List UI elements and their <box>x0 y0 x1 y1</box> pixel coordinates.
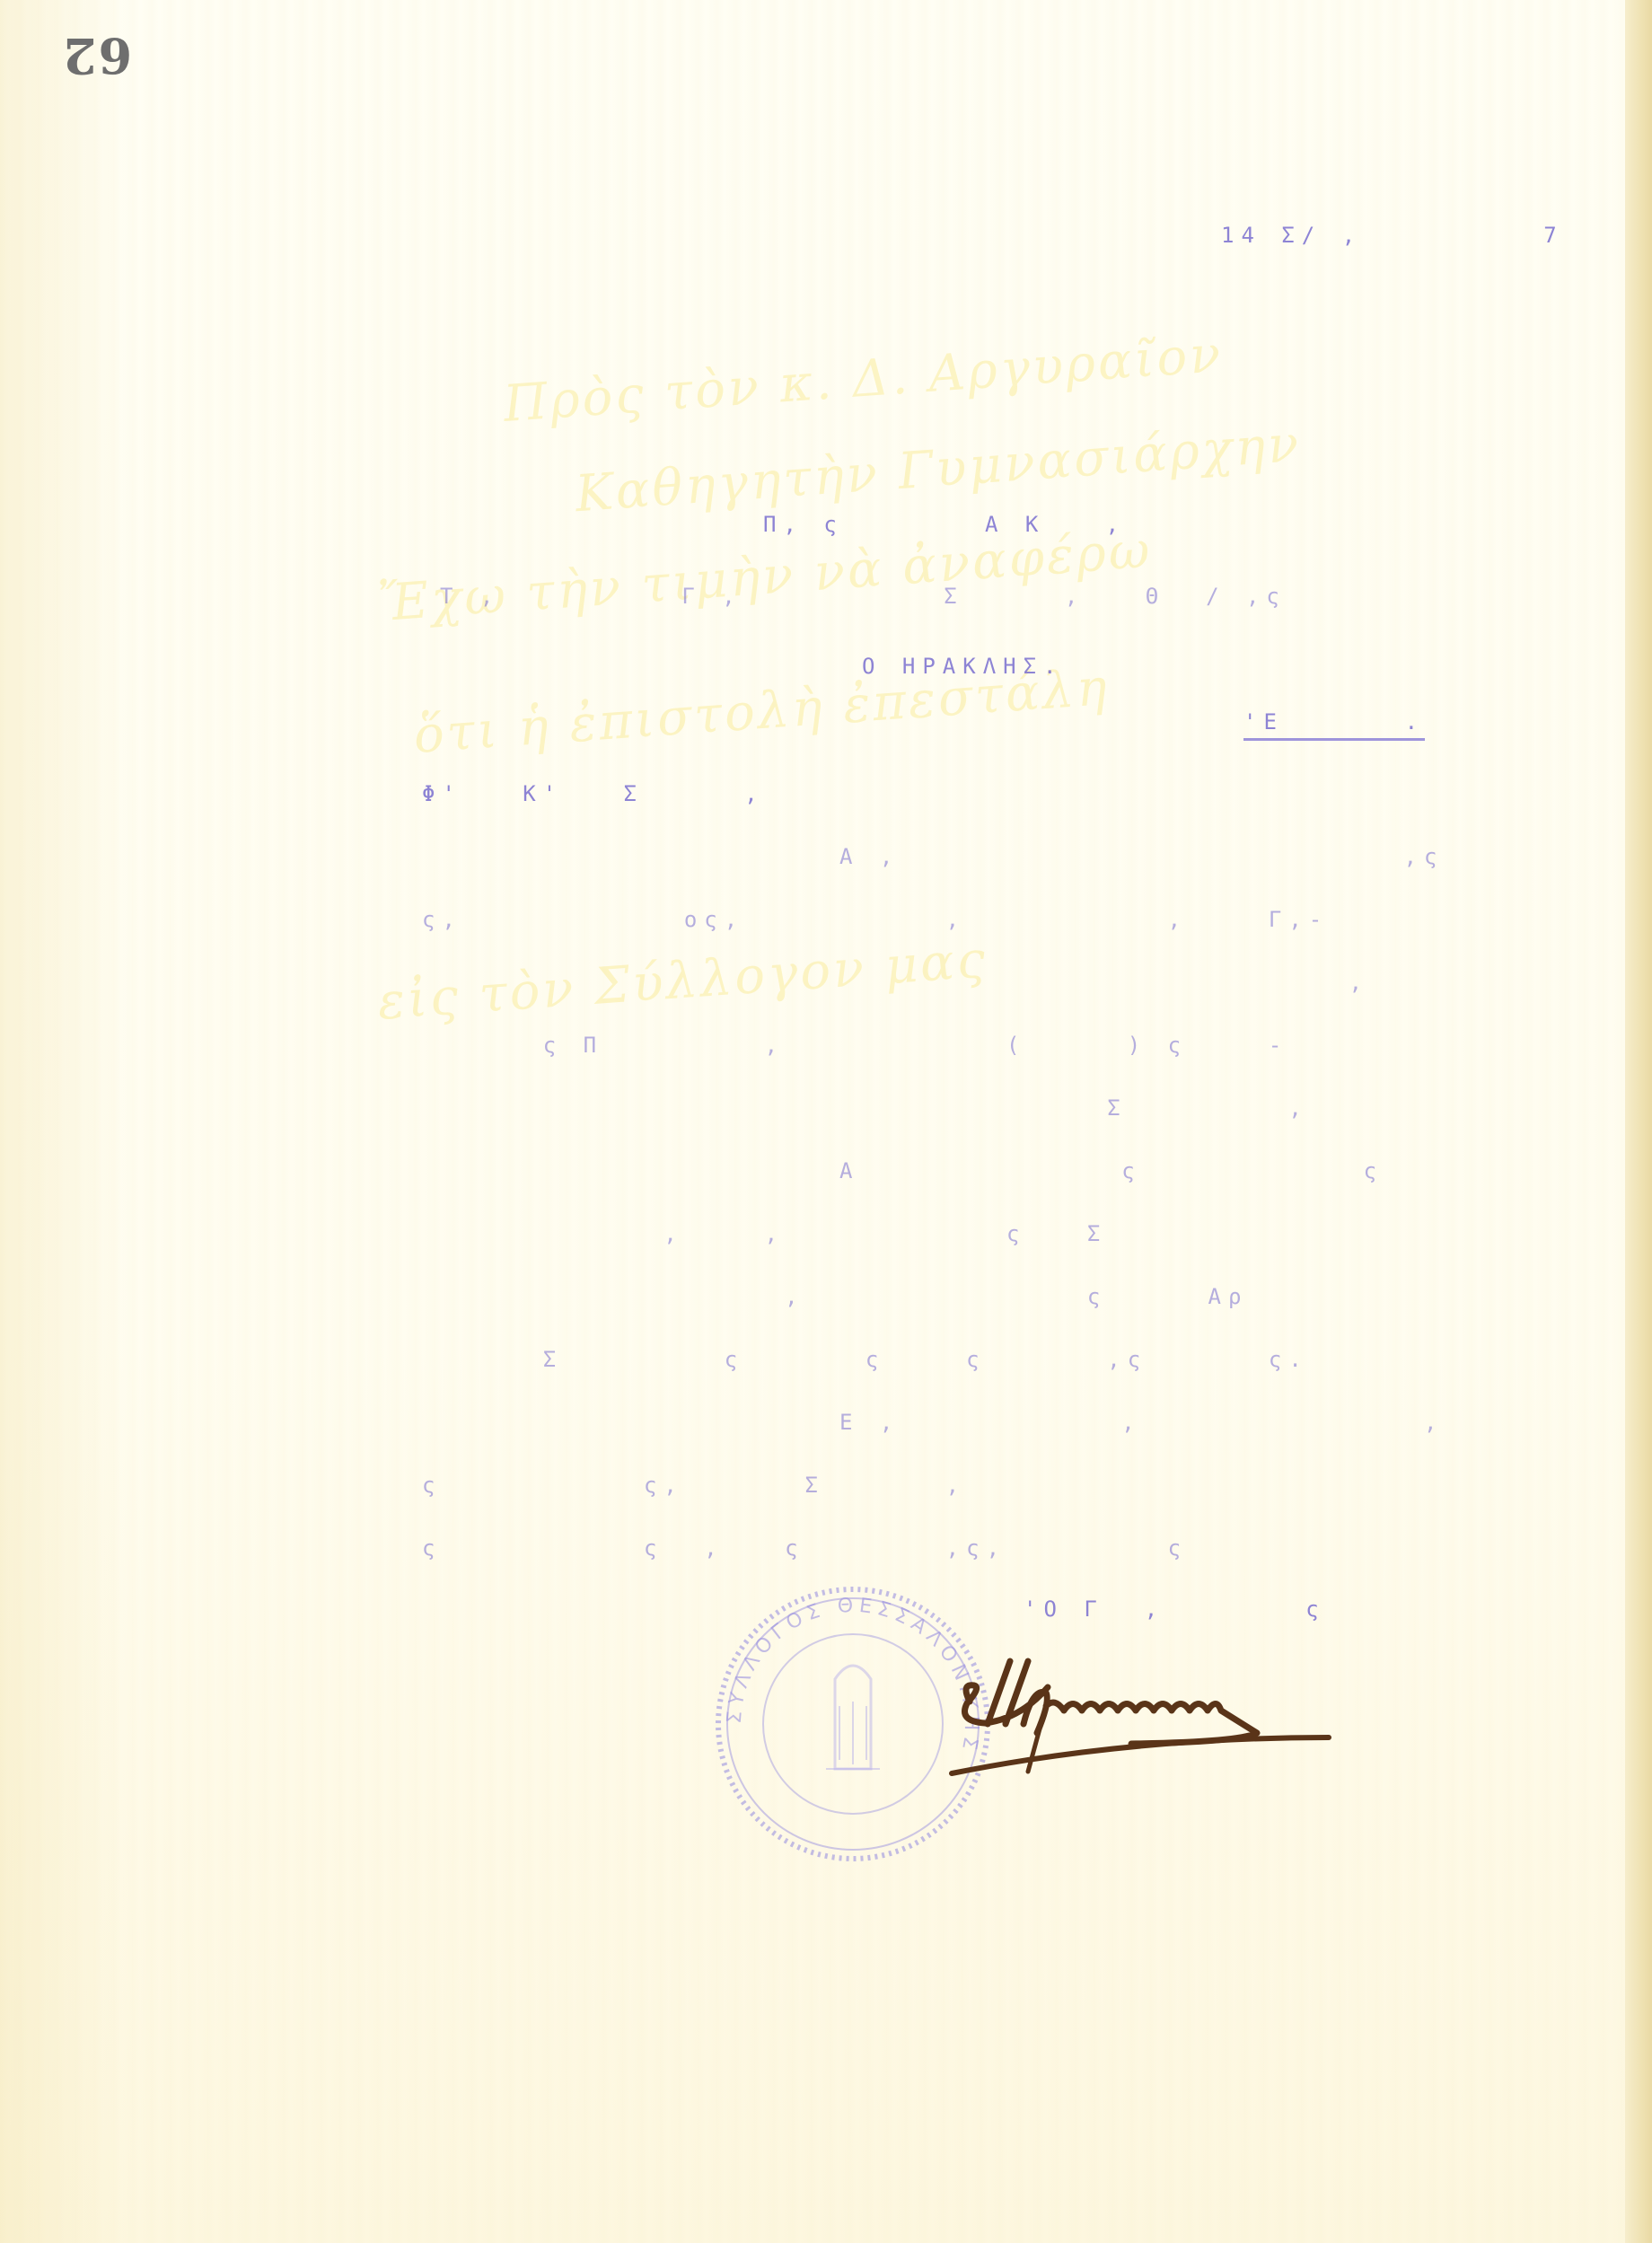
closing-title: 'Ο Γ , ς <box>1024 1596 1326 1622</box>
recipient-line: Π, ς Α Κ , <box>763 512 1126 537</box>
body-line: Α ς ς <box>839 1158 1586 1183</box>
body-line: , , ς Σ <box>422 1221 1269 1246</box>
paper-edge <box>1625 0 1652 2243</box>
body-line: ς ς , ς ,ς, ς <box>422 1535 1309 1561</box>
letter-heading: 'Ε . <box>1243 709 1425 741</box>
document-page <box>0 0 1652 2243</box>
recipient-line: Τ , Γ , Σ , Θ / ,ς <box>440 584 1287 609</box>
salutation: Φ' Κ' Σ , <box>422 781 765 806</box>
date-line: 14 Σ/ , 7 <box>1221 223 1564 248</box>
body-line: Α , ,ς <box>839 844 1444 869</box>
body-line: ς, ος, , , Γ,- <box>422 907 1329 932</box>
body-line: ς ς, Σ , <box>422 1473 1309 1498</box>
body-line: , <box>422 970 1369 995</box>
body-line: ς Π , ( ) ς - <box>422 1033 1288 1058</box>
body-line: , ς Αρ <box>422 1284 1269 1309</box>
signature <box>934 1652 1544 1787</box>
body-line: Σ , <box>422 1095 1309 1121</box>
recipient-name: Ο ΗΡΑΚΛΗΣ. <box>862 654 1064 679</box>
folio-number: 62 <box>61 27 132 84</box>
body-line: Ε , , , <box>839 1410 1646 1435</box>
body-line: Σ ς ς ς ,ς ς. <box>422 1347 1309 1372</box>
